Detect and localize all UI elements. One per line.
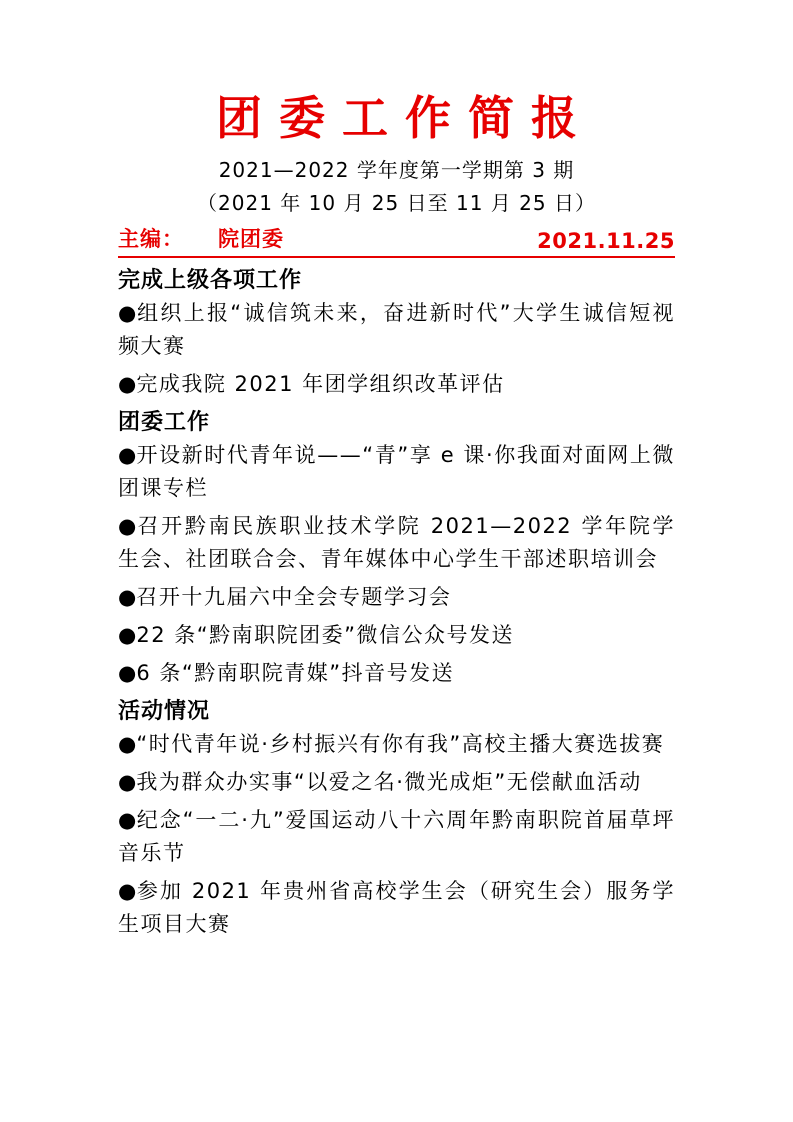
bullet-icon: ● <box>118 661 136 685</box>
item-text: 纪念“一二·九”爱国运动八十六周年黔南职院首届草坪音乐节 <box>118 808 675 865</box>
list-item: ●我为群众办实事“以爱之名·微光成炬”无偿献血活动 <box>118 766 675 799</box>
list-item: ●完成我院 2021 年团学组织改革评估 <box>118 368 675 401</box>
bullet-icon: ● <box>118 808 137 832</box>
document-title: 团委工作简报 <box>118 88 675 148</box>
item-text: 完成我院 2021 年团学组织改革评估 <box>136 372 504 396</box>
editor-label: 主编： <box>118 227 184 251</box>
item-text: 开设新时代青年说——“青”享 e 课·你我面对面网上微团课专栏 <box>118 443 675 500</box>
section-heading-activities: 活动情况 <box>118 695 675 728</box>
item-text: 召开十九届六中全会专题学习会 <box>136 585 451 609</box>
item-text: “时代青年说·乡村振兴有你有我”高校主播大赛选拔赛 <box>136 732 664 756</box>
item-text: 参加 2021 年贵州省高校学生会（研究生会）服务学生项目大赛 <box>118 879 675 936</box>
list-item: ●开设新时代青年说——“青”享 e 课·你我面对面网上微团课专栏 <box>118 439 675 505</box>
bullet-icon: ● <box>118 879 137 903</box>
date-range: （2021 年 10 月 25 日至 11 月 25 日） <box>118 192 675 214</box>
issue-subtitle: 2021—2022 学年度第一学期第 3 期 <box>118 159 675 181</box>
editor-value: 院团委 <box>218 227 284 251</box>
bullet-icon: ● <box>118 372 136 396</box>
item-text: 组织上报“诚信筑未来，奋进新时代”大学生诚信短视频大赛 <box>118 301 675 358</box>
list-item: ●召开黔南民族职业技术学院 2021—2022 学年院学生会、社团联合会、青年媒… <box>118 510 675 576</box>
bullet-icon: ● <box>118 770 136 794</box>
list-item: ●参加 2021 年贵州省高校学生会（研究生会）服务学生项目大赛 <box>118 875 675 941</box>
bullet-icon: ● <box>118 585 136 609</box>
item-text: 6 条“黔南职院青媒”抖音号发送 <box>136 661 454 685</box>
item-text: 22 条“黔南职院团委”微信公众号发送 <box>136 623 514 647</box>
bullet-icon: ● <box>118 443 136 467</box>
list-item: ●22 条“黔南职院团委”微信公众号发送 <box>118 619 675 652</box>
list-item: ●“时代青年说·乡村振兴有你有我”高校主播大赛选拔赛 <box>118 728 675 761</box>
list-item: ●6 条“黔南职院青媒”抖音号发送 <box>118 657 675 690</box>
bullet-icon: ● <box>118 732 136 756</box>
bullet-icon: ● <box>118 623 136 647</box>
list-item: ●纪念“一二·九”爱国运动八十六周年黔南职院首届草坪音乐节 <box>118 804 675 870</box>
document-page: 团委工作简报 2021—2022 学年度第一学期第 3 期 （2021 年 10… <box>0 0 793 1122</box>
editor-row: 主编：院团委 2021.11.25 <box>118 223 675 258</box>
bullet-icon: ● <box>118 514 138 538</box>
section-heading-superior-tasks: 完成上级各项工作 <box>118 264 675 297</box>
list-item: ●组织上报“诚信筑未来，奋进新时代”大学生诚信短视频大赛 <box>118 297 675 363</box>
bullet-icon: ● <box>118 301 137 325</box>
document-body: 完成上级各项工作 ●组织上报“诚信筑未来，奋进新时代”大学生诚信短视频大赛 ●完… <box>118 264 675 941</box>
item-text: 召开黔南民族职业技术学院 2021—2022 学年院学生会、社团联合会、青年媒体… <box>118 514 675 571</box>
editor-info: 主编：院团委 <box>118 223 284 253</box>
item-text: 我为群众办实事“以爱之名·微光成炬”无偿献血活动 <box>136 770 641 794</box>
issue-date: 2021.11.25 <box>537 229 675 253</box>
section-heading-committee-work: 团委工作 <box>118 406 675 439</box>
list-item: ●召开十九届六中全会专题学习会 <box>118 581 675 614</box>
